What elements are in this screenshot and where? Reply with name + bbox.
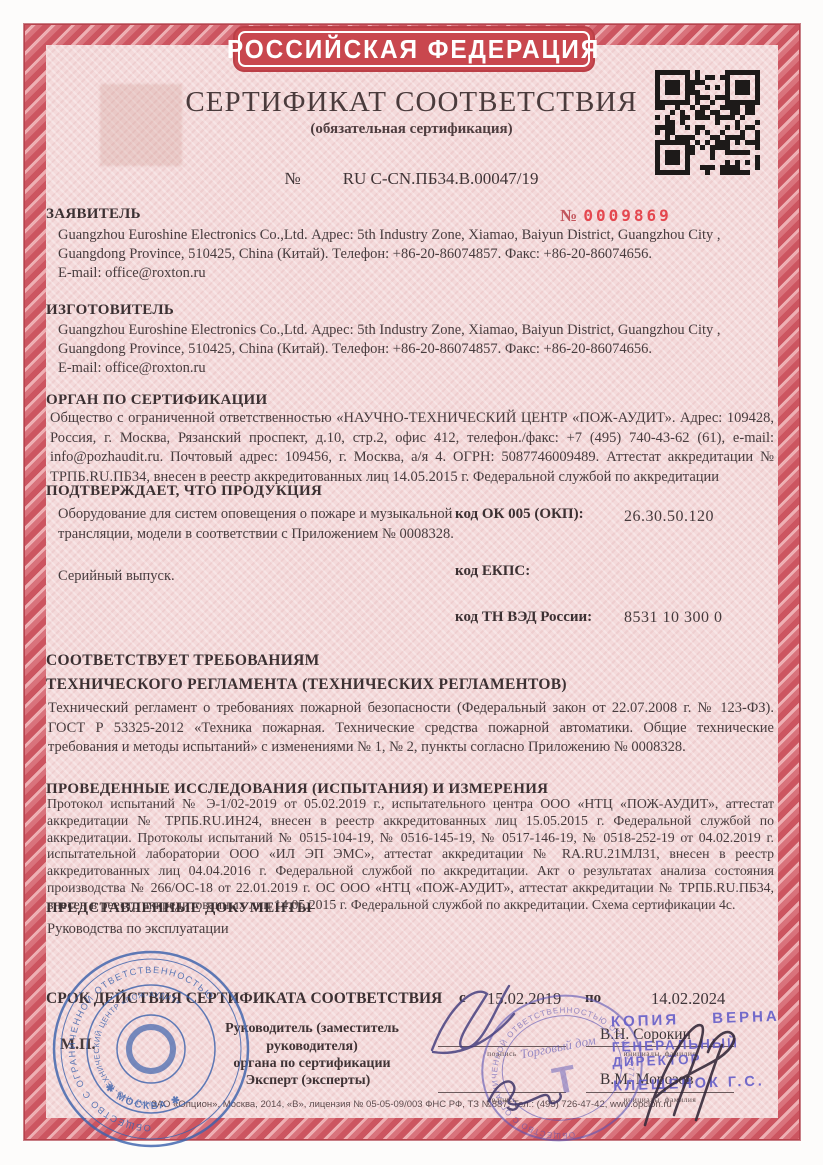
compliance-heading-1: СООТВЕТСТВУЕТ ТРЕБОВАНИЯМ [46,652,320,670]
serial-number: № 0009869 [560,206,672,226]
documents-text: Руководства по эксплуатации [47,920,447,939]
compliance-heading-2: ТЕХНИЧЕСКОГО РЕГЛАМЕНТА (ТЕХНИЧЕСКИХ РЕГ… [46,676,567,694]
certificate-number-row: №RU C-CN.ПБ34.В.00047/19 [46,169,777,189]
code-tnved-label: код ТН ВЭД России: [455,609,592,626]
certificate-number-sign: № [284,169,300,188]
validity-from-label: с [459,990,466,1007]
applicant-address: Guangzhou Euroshine Electronics Co.,Ltd.… [58,227,721,262]
applicant-email: E-mail: office@roxton.ru [58,265,206,281]
applicant-text: Guangzhou Euroshine Electronics Co.,Ltd.… [58,226,774,283]
head-role-line2: органа по сертификации [233,1056,390,1071]
research-text: Протокол испытаний № Э-1/02-2019 от 05.0… [47,796,774,914]
applicant-heading: ЗАЯВИТЕЛЬ [46,206,141,223]
certificate-title: СЕРТИФИКАТ СООТВЕТСТВИЯ [46,86,777,119]
country-banner: РОССИЙСКАЯ ФЕДЕРАЦИЯ [233,26,595,72]
serial-number-sign: № [560,206,578,225]
manufacturer-address: Guangzhou Euroshine Electronics Co.,Ltd.… [58,322,721,357]
product-heading: ПОДТВЕРЖДАЕТ, ЧТО ПРОДУКЦИЯ [46,483,322,500]
certificate-subtitle: (обязательная сертификация) [46,121,777,138]
serial-number-value: 0009869 [583,206,671,225]
country-banner-label: РОССИЙСКАЯ ФЕДЕРАЦИЯ [227,34,600,65]
certificate-page: РОССИЙСКАЯ ФЕДЕРАЦИЯ СЕРТИФИКАТ СООТВЕТС… [0,0,823,1165]
product-issue-type: Серийный выпуск. [58,567,458,586]
expert-role: Эксперт (эксперты) [228,1072,388,1090]
trade-house-center-text: Торговый дом [519,1032,597,1061]
code-okp-value: 26.30.50.120 [624,508,714,526]
copy-stamp-line2: ГЕНЕРАЛЬНЫЙ ДИРЕКТОР [612,1032,823,1069]
compliance-text: Технический регламент о требованиях пожа… [48,699,774,758]
round-stamp: ОБЩЕСТВО С ОГРАНИЧЕННОЙ ОТВЕТСТВЕННОСТЬЮ… [50,948,252,1150]
product-description: Оборудование для систем оповещения о пож… [58,504,458,544]
certification-body-heading: ОРГАН ПО СЕРТИФИКАЦИИ [46,392,268,409]
manufacturer-heading: ИЗГОТОВИТЕЛЬ [46,302,174,319]
code-ekps-label: код ЕКПС: [455,563,530,580]
code-okp-label: код ОК 005 (ОКП): [455,506,584,523]
trade-house-logo-letter: Т [549,1058,580,1104]
manufacturer-email: E-mail: office@roxton.ru [58,360,206,376]
round-stamp-bottom-text: ✱ МОСКВА ✱ [102,1082,183,1112]
manufacturer-text: Guangzhou Euroshine Electronics Co.,Ltd.… [58,321,774,378]
code-tnved-value: 8531 10 300 0 [624,609,723,627]
validity-to-date: 14.02.2024 [651,989,725,1009]
documents-heading: ПРЕДСТАВЛЕННЫЕ ДОКУМЕНТЫ [46,900,312,917]
svg-text:✱ МОСКВА ✱: ✱ МОСКВА ✱ [102,1082,183,1112]
certificate-number-value: RU C-CN.ПБ34.В.00047/19 [343,169,539,188]
copy-verna-stamp: КОПИЯ ВЕРНА ГЕНЕРАЛЬНЫЙ ДИРЕКТОР КЛЕЩЕНО… [611,1006,823,1094]
certification-body-text: Общество с ограниченной ответственностью… [50,409,774,487]
